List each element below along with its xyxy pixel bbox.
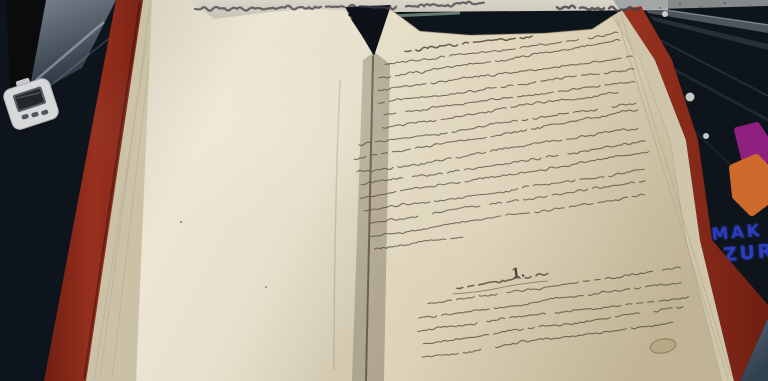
page-glare <box>350 100 650 320</box>
magenta-reflection <box>737 125 768 160</box>
display-case-photo: MAK MAK ZUR ZUR 1. <box>0 0 768 381</box>
orange-reflection <box>733 158 768 212</box>
scene-canvas: MAK MAK ZUR ZUR 1. <box>0 0 768 381</box>
